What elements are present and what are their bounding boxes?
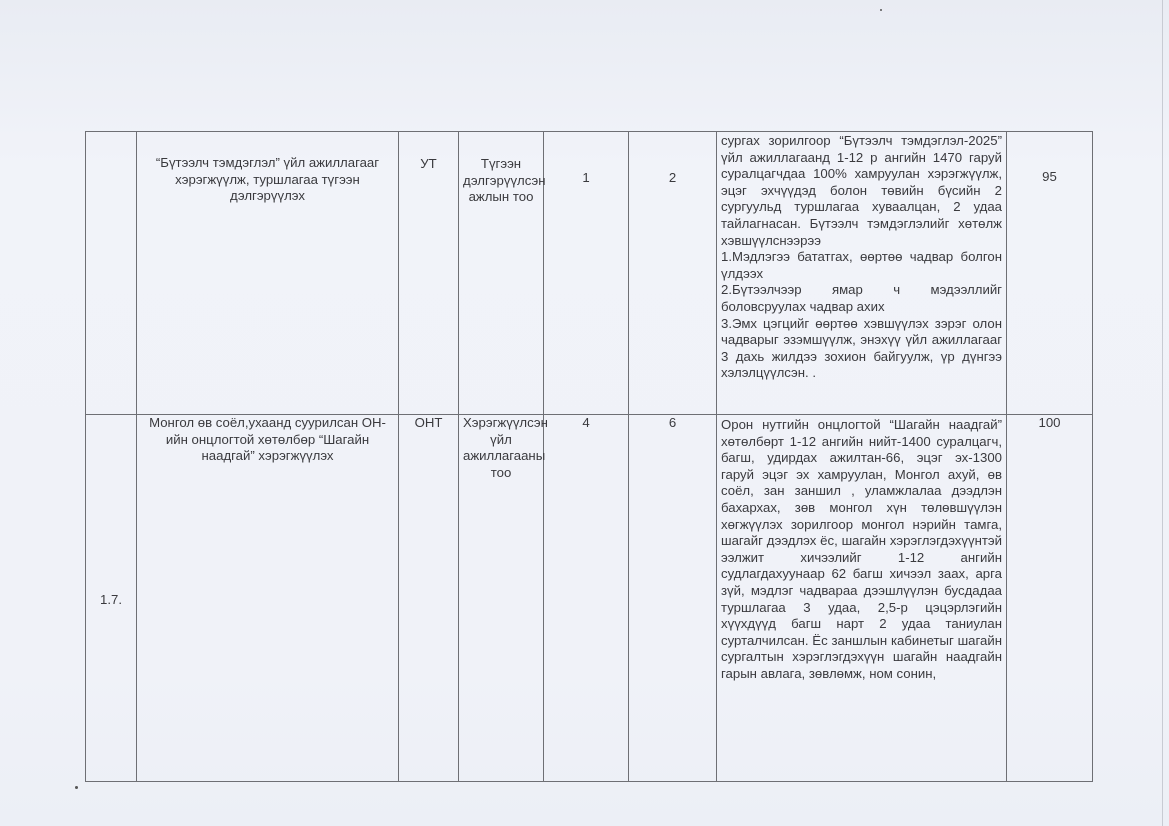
result-paragraph: Орон нутгийн онцлогтой “Шагайн наадгай” …	[721, 417, 1002, 683]
activity-cell: “Бүтээлч тэмдэглэл” үйл ажиллагааг хэрэг…	[137, 132, 399, 415]
target-cell: 2	[629, 132, 717, 415]
scan-speck	[880, 9, 882, 11]
row-number-cell: 1.7.	[86, 415, 137, 782]
result-paragraph: 2.Бүтээлчээр ямар ч мэдээллийг боловсруу…	[721, 282, 1002, 315]
responsible-cell: УТ	[399, 132, 459, 415]
scan-edge-line	[1162, 0, 1163, 826]
indicator-cell: Түгээн дэлгэрүүлсэн ажлын тоо	[459, 132, 544, 415]
plan-report-table: “Бүтээлч тэмдэглэл” үйл ажиллагааг хэрэг…	[85, 131, 1093, 782]
percent-cell: 95	[1007, 132, 1093, 415]
responsible-cell: ОНТ	[399, 415, 459, 782]
result-paragraph: 1.Мэдлэгээ бататгах, өөртөө чадвар болго…	[721, 249, 1002, 282]
baseline-cell: 1	[544, 132, 629, 415]
percent-cell: 100	[1007, 415, 1093, 782]
target-cell: 6	[629, 415, 717, 782]
result-paragraph: сургах зорилгоор “Бүтээлч тэмдэглэл-2025…	[721, 133, 1002, 249]
table-row: 1.7. Монгол өв соёл,ухаанд суурилсан ОН-…	[86, 415, 1093, 782]
baseline-cell: 4	[544, 415, 629, 782]
row-number-cell	[86, 132, 137, 415]
table-row: “Бүтээлч тэмдэглэл” үйл ажиллагааг хэрэг…	[86, 132, 1093, 415]
activity-text: Монгол өв соёл,ухаанд суурилсан ОН-ийн о…	[149, 415, 386, 463]
result-paragraph: 3.Эмх цэгцийг өөртөө хэвшүүлэх зэрэг оло…	[721, 316, 1002, 382]
activity-text: “Бүтээлч тэмдэглэл” үйл ажиллагааг хэрэг…	[156, 155, 379, 203]
activity-cell: Монгол өв соёл,ухаанд суурилсан ОН-ийн о…	[137, 415, 399, 782]
indicator-cell: Хэрэгжүүлсэн үйл ажиллагааны тоо	[459, 415, 544, 782]
result-cell: сургах зорилгоор “Бүтээлч тэмдэглэл-2025…	[717, 132, 1007, 415]
result-cell: Орон нутгийн онцлогтой “Шагайн наадгай” …	[717, 415, 1007, 782]
scan-speck	[75, 786, 78, 789]
